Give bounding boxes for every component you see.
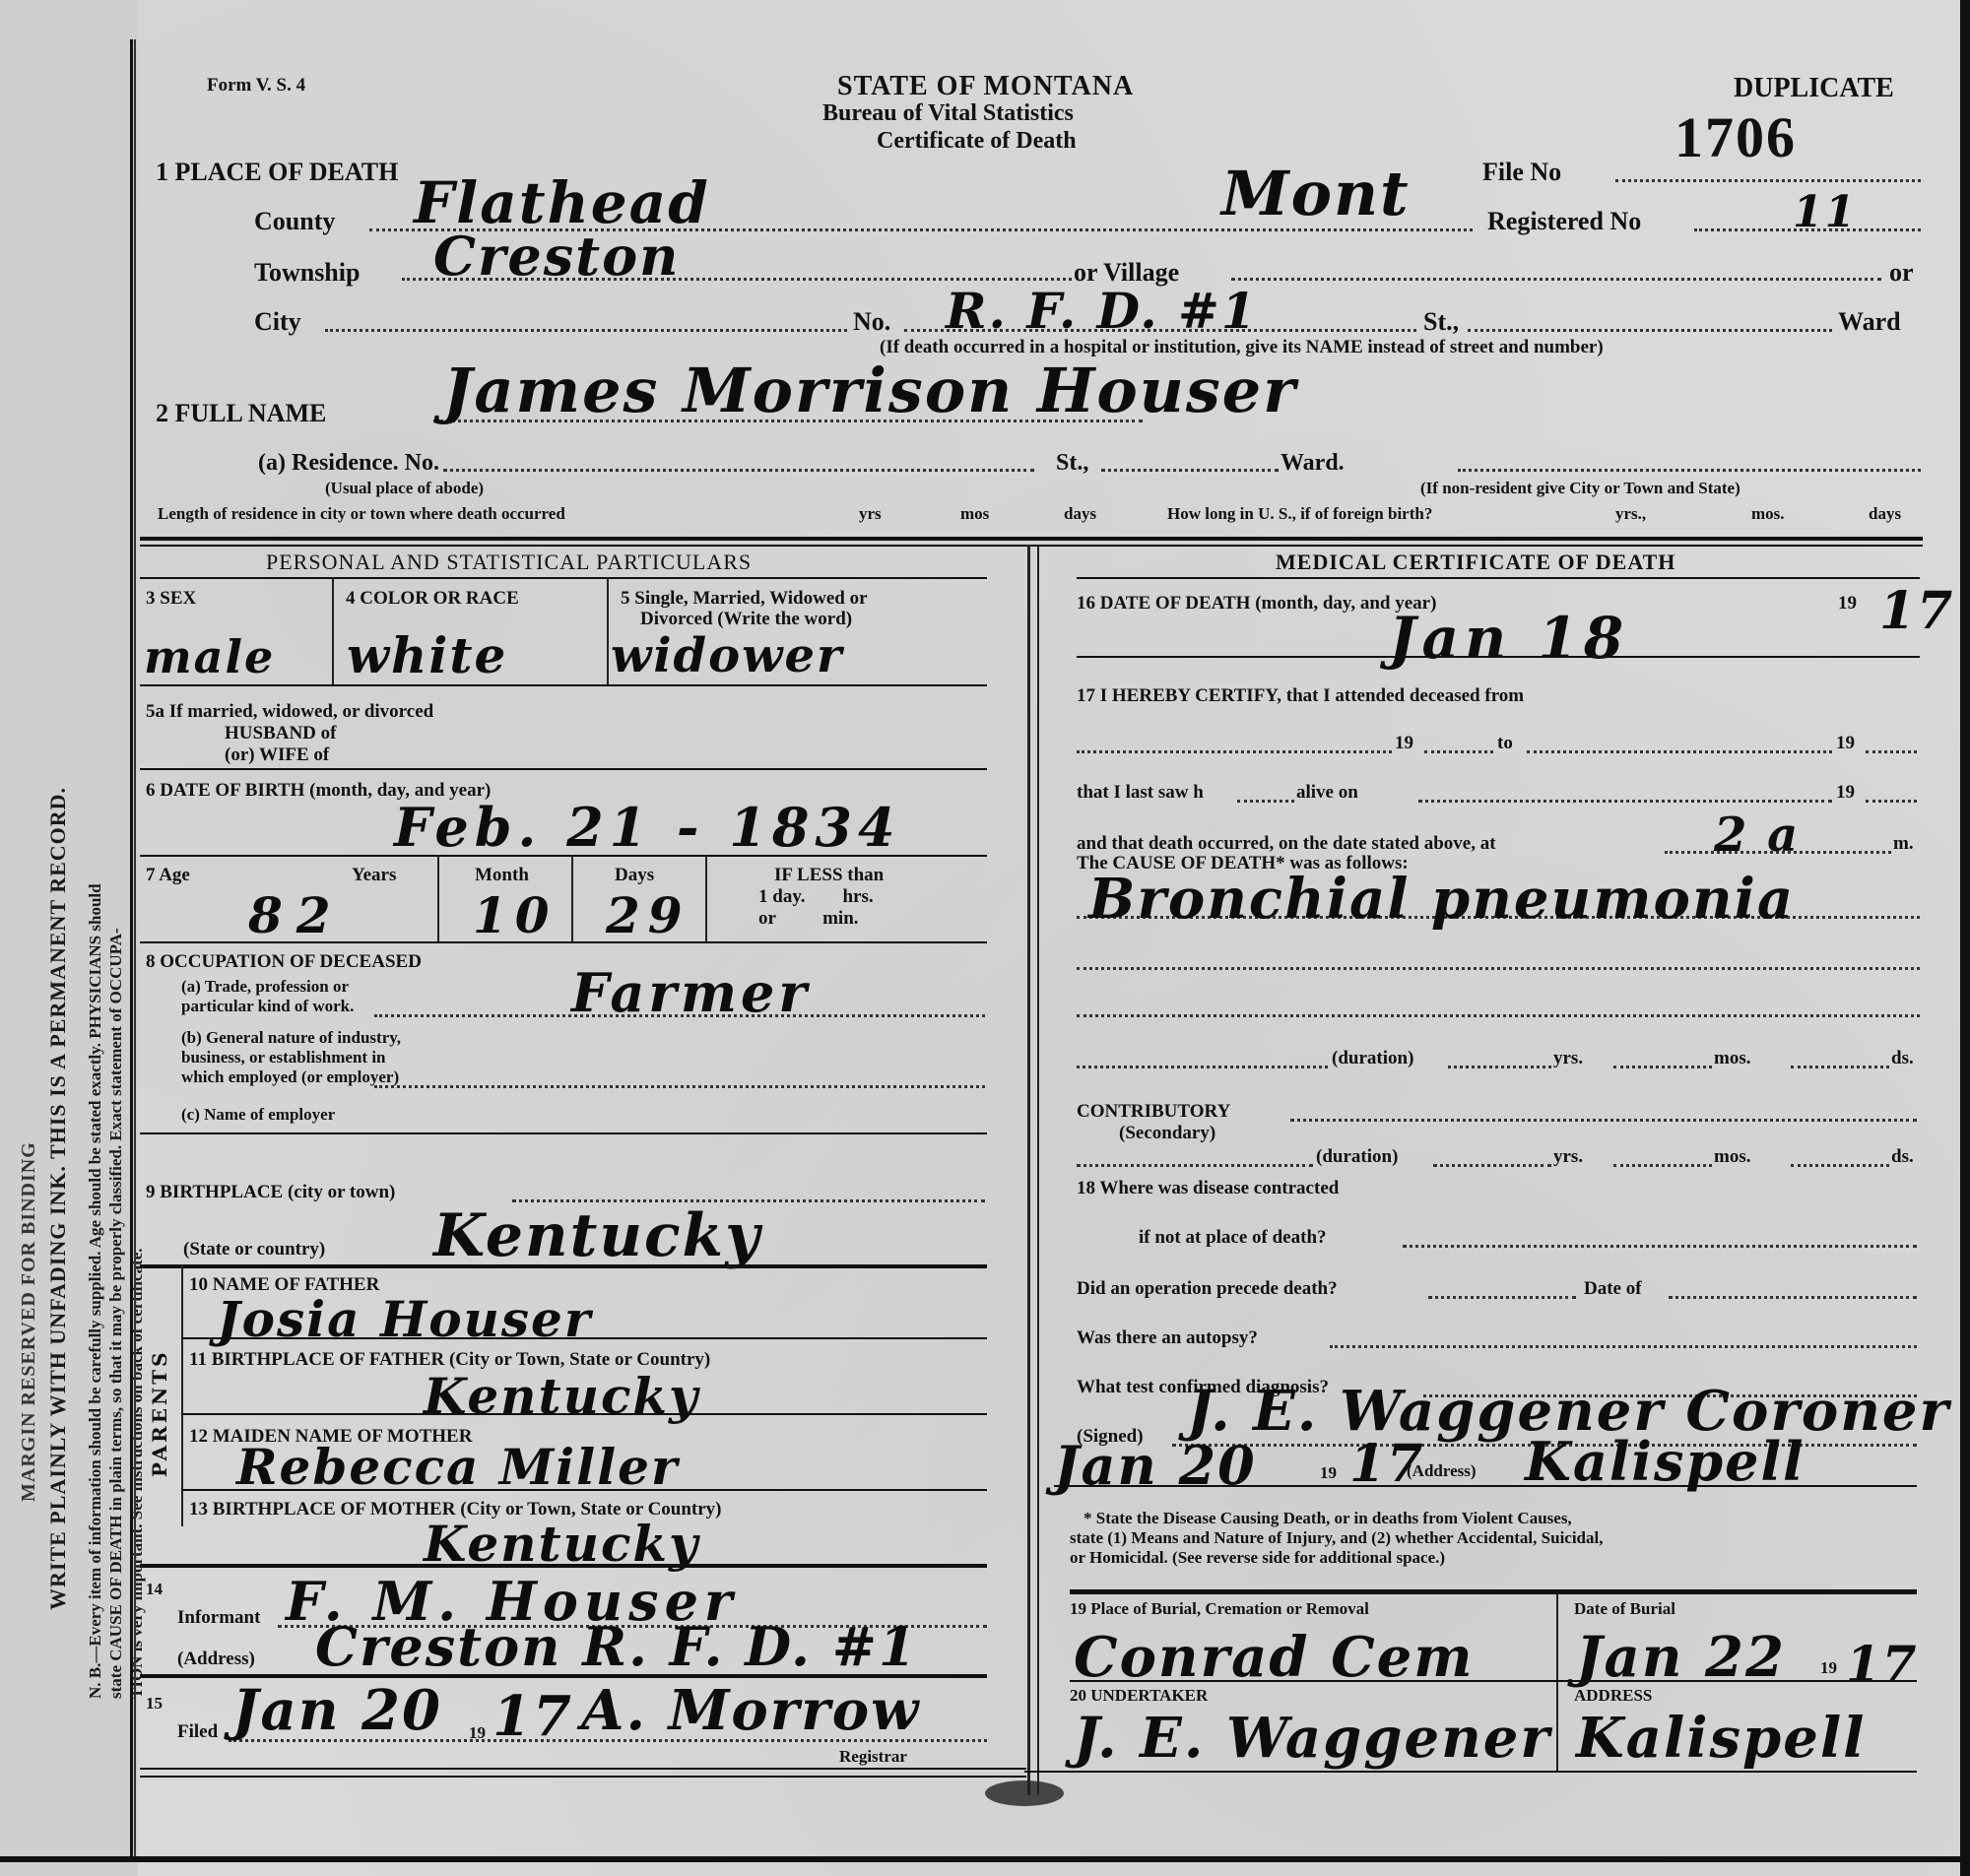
- dod-label: 16 DATE OF DEATH (month, day, and year): [1077, 593, 1436, 615]
- filed-date: Jan 20: [232, 1678, 442, 1743]
- attended-to-19: 19: [1836, 733, 1855, 754]
- death-time-value: 2 a: [1714, 808, 1800, 863]
- less-label-1: IF LESS than: [774, 865, 884, 886]
- foreign-birth-label: How long in U. S., if of foreign birth?: [1167, 504, 1432, 524]
- dob-value: Feb. 21 - 1834: [394, 796, 901, 859]
- signed-address-label: (Address): [1407, 1461, 1477, 1481]
- race-label: 4 COLOR OR RACE: [346, 588, 519, 610]
- city-label: City: [254, 307, 301, 337]
- less-label-3: or min.: [758, 908, 859, 930]
- marital-value: widower: [611, 628, 843, 683]
- spouse-label-2: HUSBAND of: [225, 723, 336, 744]
- residence-ward-label: Ward.: [1280, 450, 1345, 477]
- ink-note: WRITE PLAINLY WITH UNFADING INK. THIS IS…: [45, 0, 85, 1758]
- occupation-value: Farmer: [571, 961, 811, 1024]
- length-days: days: [1064, 504, 1096, 524]
- occ-a-line-2: particular kind of work.: [181, 997, 354, 1016]
- mother-value: Rebecca Miller: [236, 1438, 679, 1496]
- dod-value: Jan 18: [1389, 605, 1629, 672]
- alive-on-label: alive on: [1296, 782, 1358, 804]
- footnote-1: * State the Disease Causing Death, or in…: [1083, 1509, 1572, 1528]
- registrar-label: Registrar: [839, 1747, 907, 1767]
- margin-border: [130, 39, 136, 1861]
- father-birth-value: Kentucky: [424, 1367, 699, 1425]
- filed-year: 17: [492, 1684, 573, 1749]
- undertaker-value: J. E. Waggener: [1074, 1706, 1551, 1771]
- occ-b-line-2: business, or establishment in: [181, 1048, 386, 1067]
- street-no-label: No.: [853, 307, 890, 337]
- years-value: 82: [248, 886, 345, 944]
- m-label: m.: [1893, 833, 1914, 855]
- birthplace-value: Kentucky: [433, 1201, 761, 1270]
- registered-no-label: Registered No: [1487, 207, 1641, 236]
- occ-c-label: (c) Name of employer: [181, 1105, 335, 1125]
- filed-19: 19: [469, 1723, 486, 1743]
- filed-number: 15: [146, 1694, 163, 1714]
- nb-line-1: N. B.—Every item of information should b…: [85, 0, 105, 1758]
- spouse-label-1: 5a If married, widowed, or divorced: [146, 701, 433, 723]
- marital-label-1: 5 Single, Married, Widowed or: [621, 588, 868, 610]
- length-residence-label: Length of residence in city or town wher…: [158, 504, 565, 524]
- duration-ds: ds.: [1891, 1048, 1914, 1069]
- contributory-mos: mos.: [1714, 1146, 1750, 1168]
- county-label: County: [254, 207, 335, 236]
- signed-19: 19: [1320, 1463, 1337, 1483]
- margin-instructions: MARGIN RESERVED FOR BINDING WRITE PLAINL…: [0, 0, 138, 1876]
- undertaker-label: 20 UNDERTAKER: [1070, 1686, 1208, 1706]
- days-value: 29: [606, 886, 690, 944]
- last-saw-label: that I last saw h: [1077, 782, 1204, 804]
- parents-label: PARENTS: [148, 1349, 171, 1477]
- dod-19: 19: [1838, 593, 1857, 615]
- marital-label-2: Divorced (Write the word): [640, 609, 852, 630]
- burial-place-label: 19 Place of Burial, Cremation or Removal: [1070, 1599, 1369, 1619]
- bureau-title: Bureau of Vital Statistics: [822, 100, 1074, 127]
- st-label: St.,: [1423, 307, 1459, 337]
- street-no-value: R. F. D. #1: [946, 282, 1258, 340]
- residence-st-label: St.,: [1056, 450, 1088, 477]
- last-saw-19: 19: [1836, 782, 1855, 804]
- race-value: white: [347, 626, 507, 684]
- secondary-label: (Secondary): [1119, 1123, 1215, 1144]
- age-label: 7 Age: [146, 865, 190, 886]
- birthplace-label: 9 BIRTHPLACE (city or town): [146, 1182, 395, 1203]
- duration-yrs: yrs.: [1553, 1048, 1583, 1069]
- month-value: 10: [473, 886, 558, 944]
- ink-blot-icon: [985, 1780, 1064, 1806]
- certify-label: 17 I HEREBY CERTIFY, that I attended dec…: [1077, 685, 1524, 707]
- burial-year: 17: [1846, 1635, 1919, 1693]
- dod-year: 17: [1879, 581, 1954, 641]
- registrar-signature: A. Morrow: [581, 1678, 920, 1743]
- place-of-death-heading: 1 PLACE OF DEATH: [156, 158, 398, 187]
- not-at-place-label: if not at place of death?: [1139, 1227, 1327, 1249]
- death-occurred-label: and that death occurred, on the date sta…: [1077, 833, 1496, 855]
- undertaker-address-label: ADDRESS: [1574, 1686, 1652, 1706]
- length-yrs: yrs: [859, 504, 882, 524]
- occ-b-line-1: (b) General nature of industry,: [181, 1028, 401, 1048]
- foreign-yrs: yrs.,: [1615, 504, 1646, 524]
- length-mos: mos: [960, 504, 989, 524]
- undertaker-address-value: Kalispell: [1576, 1706, 1866, 1771]
- registered-no-value: 11: [1793, 187, 1857, 237]
- footnote-2: state (1) Means and Nature of Injury, an…: [1070, 1528, 1604, 1548]
- father-value: Josia Houser: [217, 1290, 592, 1348]
- township-value: Creston: [433, 225, 680, 288]
- full-name-value: James Morrison Houser: [443, 355, 1297, 426]
- month-label: Month: [475, 865, 529, 886]
- or-label: or: [1889, 258, 1914, 288]
- signed-address-value: Kalispell: [1525, 1430, 1806, 1493]
- medical-heading: MEDICAL CERTIFICATE OF DEATH: [1276, 550, 1675, 575]
- nb-line-2: state CAUSE OF DEATH in plain terms, so …: [105, 0, 126, 1758]
- binding-note: MARGIN RESERVED FOR BINDING: [18, 0, 45, 1758]
- years-label: Years: [352, 865, 396, 886]
- footnote-3: or Homicidal. (See reverse side for addi…: [1070, 1548, 1445, 1568]
- contributory-yrs: yrs.: [1553, 1146, 1583, 1168]
- usual-place-note: (Usual place of abode): [325, 479, 484, 498]
- autopsy-label: Was there an autopsy?: [1077, 1327, 1258, 1349]
- signed-date: Jan 20: [1054, 1434, 1257, 1497]
- state-value: Mont: [1221, 158, 1411, 229]
- certificate-title: Certificate of Death: [877, 128, 1077, 155]
- file-no-label: File No: [1482, 158, 1561, 187]
- contributory-label: CONTRIBUTORY: [1077, 1101, 1230, 1123]
- death-certificate: MARGIN RESERVED FOR BINDING WRITE PLAINL…: [0, 0, 1970, 1876]
- attended-from-19: 19: [1395, 733, 1413, 754]
- full-name-label: 2 FULL NAME: [156, 399, 326, 428]
- informant-address-value: Creston R. F. D. #1: [315, 1615, 918, 1678]
- cause-value: Bronchial pneumonia: [1088, 867, 1795, 932]
- sex-value: male: [144, 630, 275, 683]
- foreign-mos: mos.: [1751, 504, 1785, 524]
- burial-19: 19: [1820, 1658, 1837, 1678]
- informant-label: Informant: [177, 1607, 260, 1629]
- residence-label: (a) Residence. No.: [258, 450, 439, 477]
- birthplace-state-label: (State or country): [183, 1239, 325, 1261]
- occupation-label: 8 OCCUPATION OF DECEASED: [146, 951, 422, 973]
- contracted-label: 18 Where was disease contracted: [1077, 1178, 1339, 1199]
- operation-date-label: Date of: [1584, 1278, 1642, 1300]
- sex-label: 3 SEX: [146, 588, 196, 610]
- filed-label: Filed: [177, 1721, 218, 1743]
- nonresident-note: (If non-resident give City or Town and S…: [1420, 479, 1740, 498]
- duplicate-label: DUPLICATE: [1734, 73, 1894, 104]
- foreign-days: days: [1869, 504, 1901, 524]
- to-label: to: [1497, 733, 1513, 754]
- operation-label: Did an operation precede death?: [1077, 1278, 1338, 1300]
- personal-heading: PERSONAL AND STATISTICAL PARTICULARS: [266, 550, 752, 575]
- contributory-ds: ds.: [1891, 1146, 1914, 1168]
- form-id: Form V. S. 4: [207, 75, 305, 97]
- ward-label: Ward: [1838, 307, 1901, 337]
- spouse-label-3: (or) WIFE of: [225, 744, 329, 766]
- occ-a-line-1: (a) Trade, profession or: [181, 977, 349, 997]
- informant-number: 14: [146, 1580, 163, 1599]
- state-title: STATE OF MONTANA: [837, 71, 1134, 102]
- contributory-duration-label: (duration): [1316, 1146, 1398, 1168]
- days-label: Days: [615, 865, 654, 886]
- duration-label: (duration): [1332, 1048, 1413, 1069]
- burial-date-label: Date of Burial: [1574, 1599, 1675, 1619]
- occ-b-line-3: which employed (or employer): [181, 1067, 399, 1087]
- address-label: (Address): [177, 1649, 255, 1670]
- file-number: 1706: [1674, 104, 1797, 170]
- less-label-2: 1 day. hrs.: [758, 886, 874, 908]
- township-label: Township: [254, 258, 360, 288]
- duration-mos: mos.: [1714, 1048, 1750, 1069]
